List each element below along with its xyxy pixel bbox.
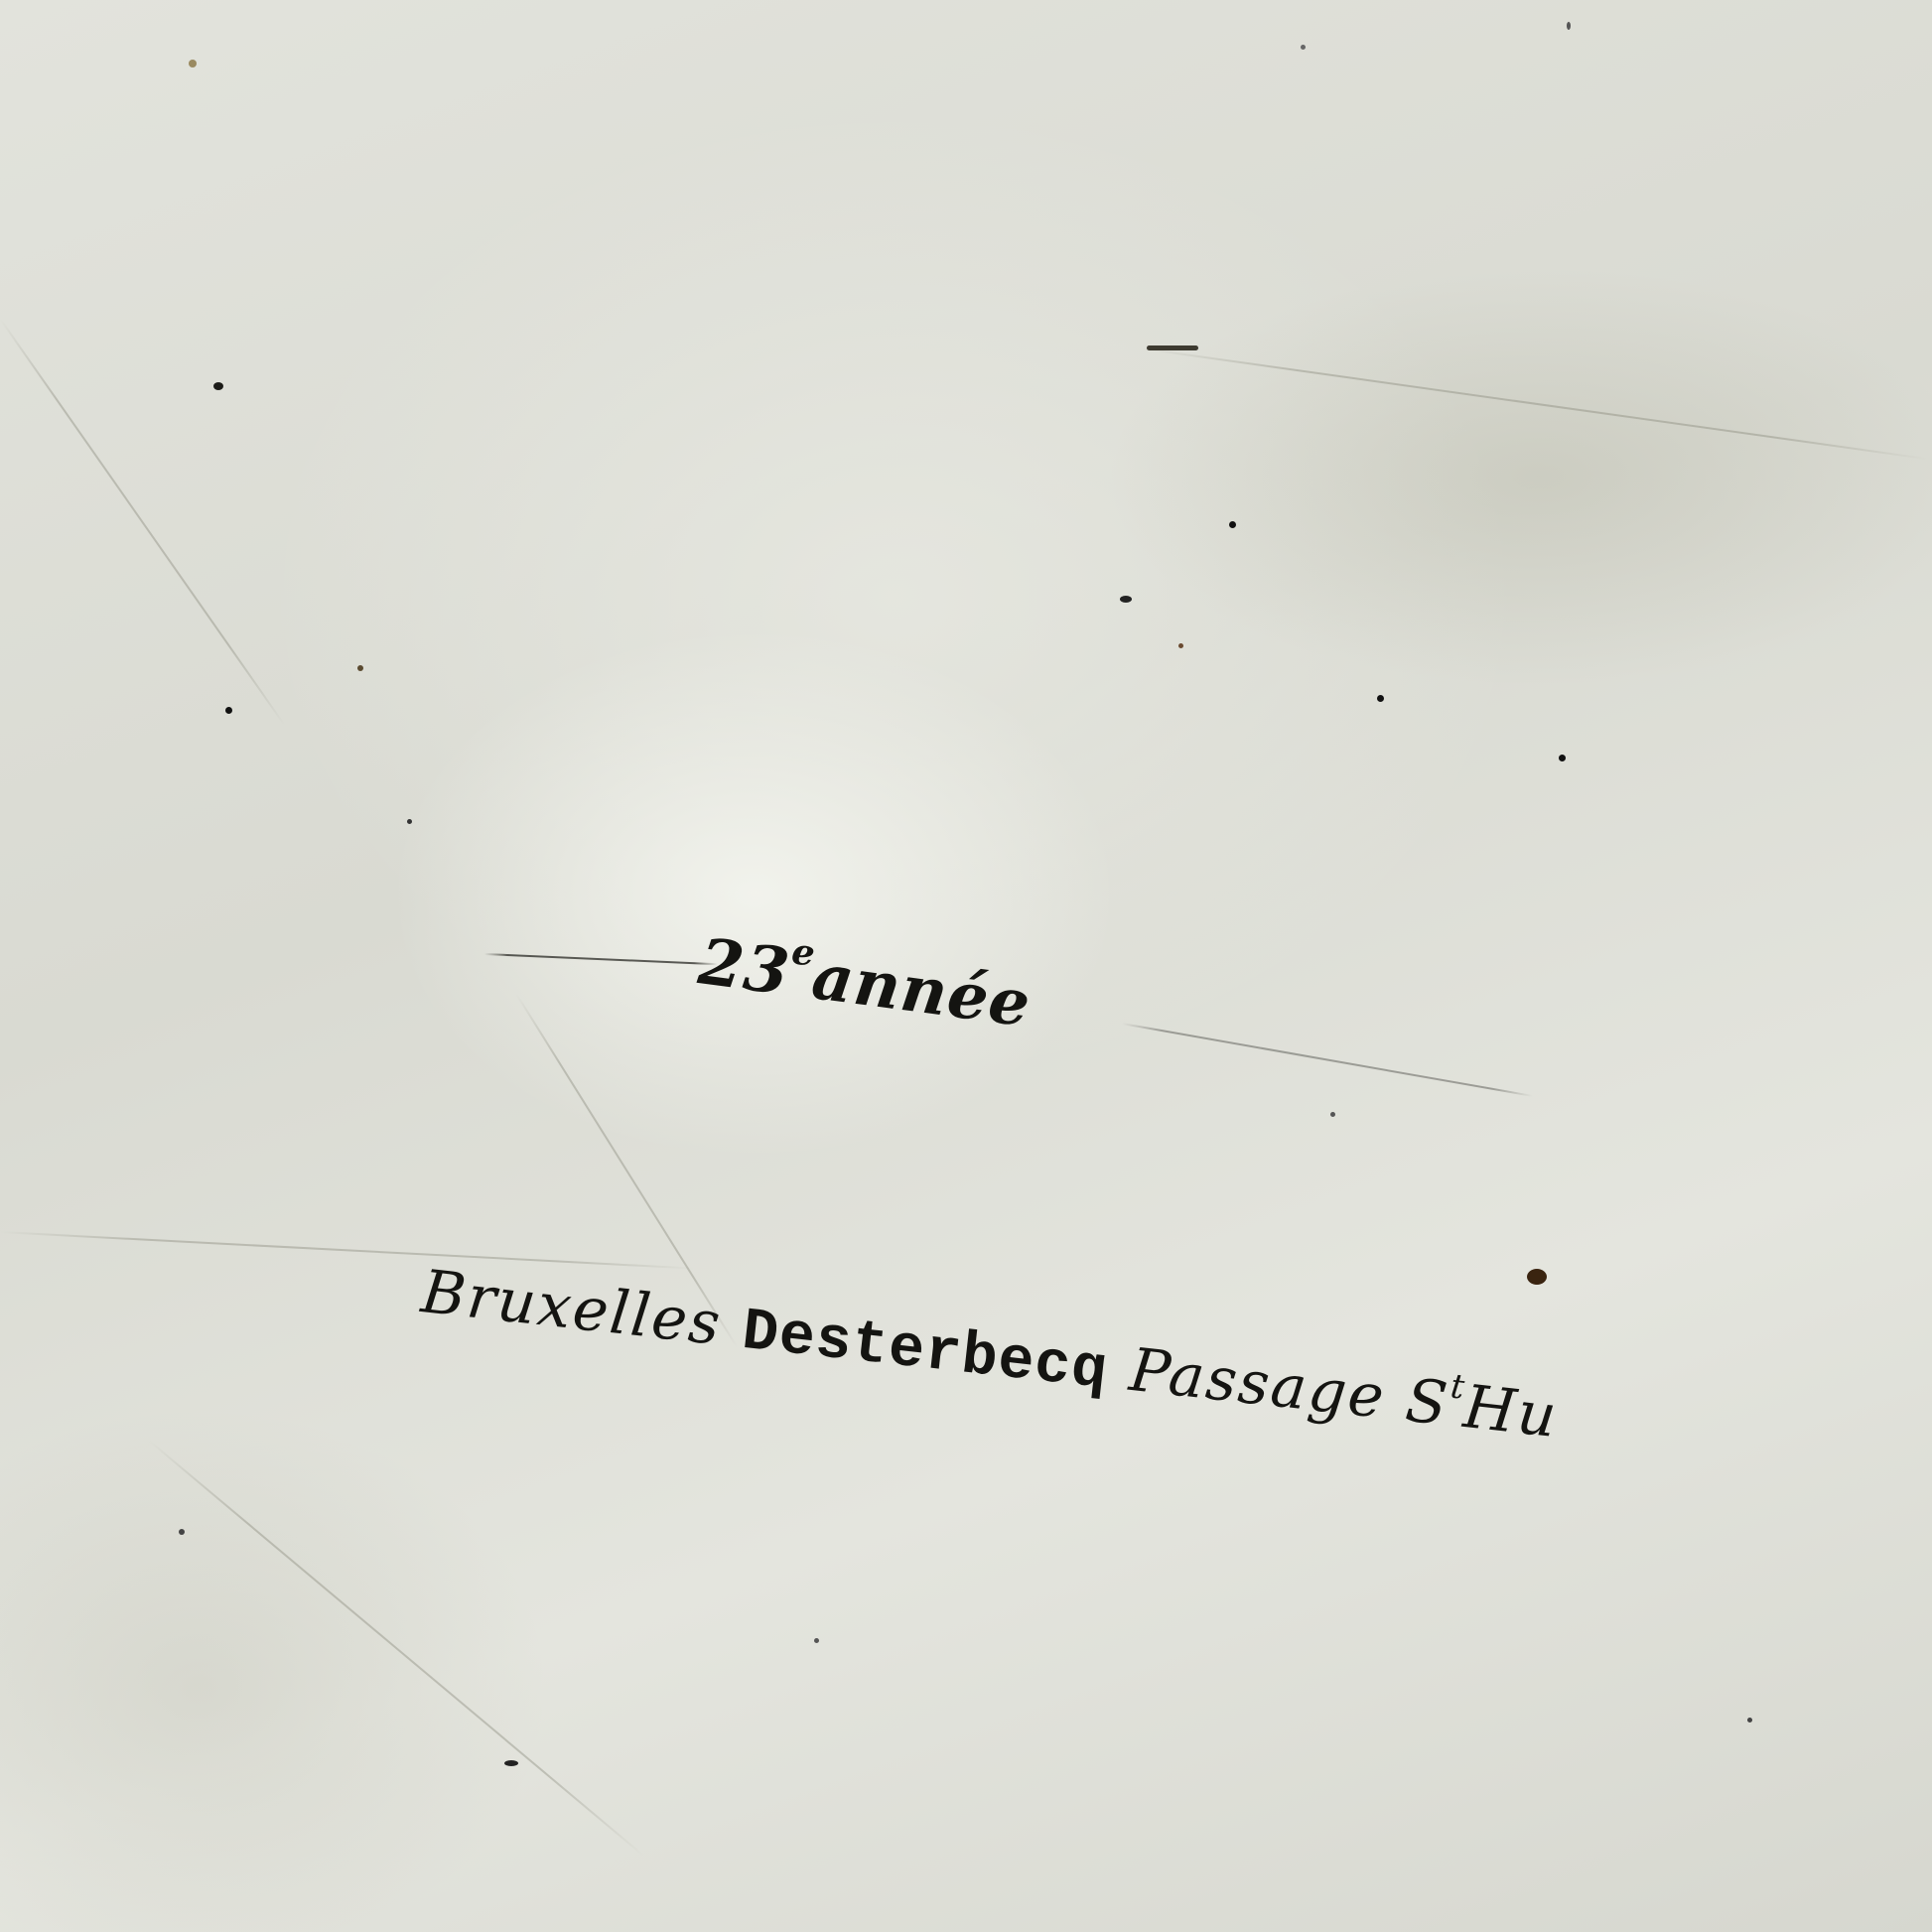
foxing-spot [1229,521,1236,528]
edition-number: 23 [695,924,794,1010]
rule-line-right [1122,1023,1533,1097]
crease [0,1231,694,1270]
rule-line-left [484,953,718,965]
foxing-spot [814,1638,819,1643]
foxing-spot [1178,643,1183,648]
foxing-spot [407,819,412,824]
foxing-spot [179,1529,185,1535]
foxing-spot [1147,345,1198,350]
foxing-spot [225,707,232,714]
foxing-spot [189,60,197,68]
foxing-spot [1377,695,1384,702]
address-suffix: Hu [1460,1372,1562,1451]
foxing-spot [213,382,223,390]
crease [148,1440,643,1856]
crease [1142,347,1928,460]
foxing-spot [1567,22,1571,30]
foxing-spot [1120,596,1132,603]
foxing-spot [1301,45,1306,50]
foxing-spot [1747,1718,1752,1723]
foxing-spot [1559,755,1566,761]
foxing-spot [357,665,363,671]
foxing-spot [1527,1269,1547,1285]
foxing-spot [1330,1112,1335,1117]
crease [0,318,286,726]
foxing-spot [504,1760,518,1766]
